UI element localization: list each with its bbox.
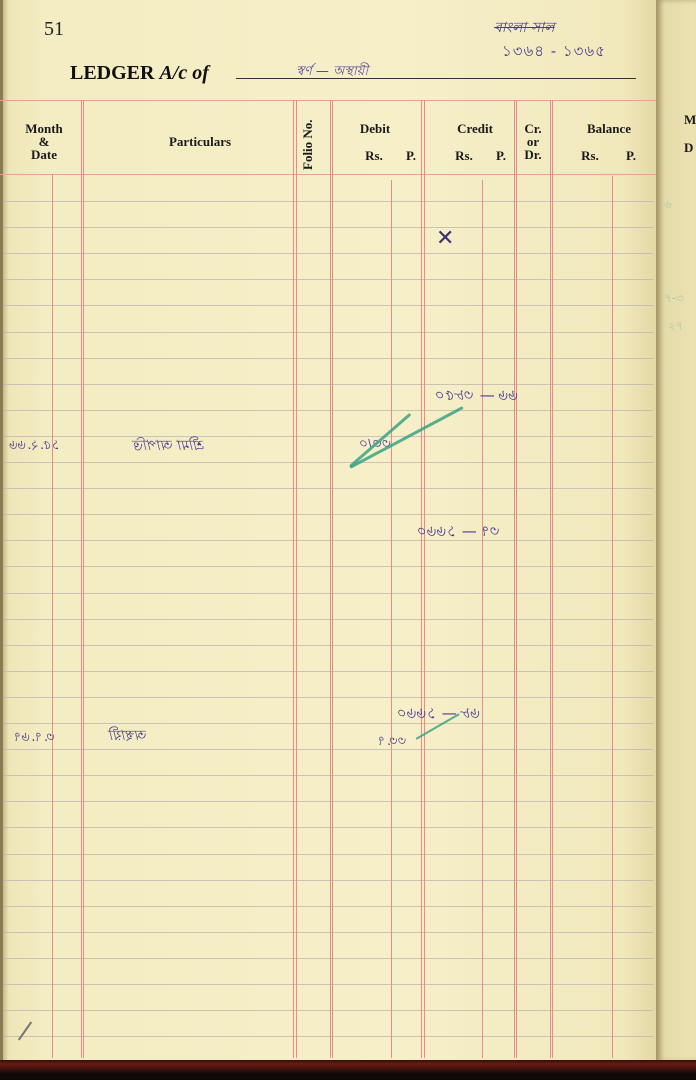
header-cr-or-dr: Cr. or Dr. — [516, 122, 550, 161]
cross-mark: ✕ — [436, 226, 454, 251]
column-rule — [424, 100, 425, 1058]
ruled-line — [3, 593, 653, 594]
header-balance: Balance — [566, 122, 652, 135]
header-particulars: Particulars — [100, 135, 300, 148]
bleed-through-ink: ৬ — [664, 196, 672, 216]
column-rule — [612, 176, 613, 1058]
ruled-line — [3, 253, 653, 254]
header-bottom-rule — [0, 174, 656, 175]
header-balance-rs: Rs. — [578, 149, 602, 162]
ruled-line — [3, 566, 653, 567]
ruled-line — [3, 488, 653, 489]
ruled-line — [3, 958, 653, 959]
ruled-line — [3, 279, 653, 280]
ruled-line — [3, 775, 653, 776]
column-rule — [52, 174, 53, 1058]
column-rule — [514, 100, 515, 1058]
ruled-line — [3, 514, 653, 515]
ruled-line — [3, 462, 653, 463]
header-credit: Credit — [430, 122, 520, 135]
column-rule — [293, 100, 294, 1058]
ruled-line — [3, 358, 653, 359]
ruled-line — [3, 201, 653, 202]
ruled-line — [3, 723, 653, 724]
ruled-line — [3, 827, 653, 828]
column-rule — [391, 180, 392, 1058]
book-cover-edge — [0, 1060, 696, 1080]
ruled-line — [3, 619, 653, 620]
ruled-line — [3, 645, 653, 646]
entry-1-date: ১৫.২.৬৬ — [10, 436, 61, 457]
header-debit: Debit — [330, 122, 420, 135]
header-credit-rs: Rs. — [452, 149, 476, 162]
entry-3-debit: ৩৩.৭ — [378, 732, 408, 753]
column-rule — [330, 100, 331, 1058]
header-dr: Dr. — [516, 148, 550, 161]
ruled-line — [3, 332, 653, 333]
header-balance-p: P. — [624, 149, 638, 162]
ruled-line — [3, 906, 653, 907]
ruled-line — [3, 854, 653, 855]
header-debit-p: P. — [404, 149, 418, 162]
column-rule — [332, 100, 333, 1058]
ledger-title: LEDGER A/c of — [70, 62, 209, 85]
ruled-line — [3, 749, 653, 750]
column-rule — [482, 180, 483, 1058]
ledger-page — [0, 0, 656, 1060]
column-rule — [83, 100, 84, 1058]
ruled-line — [3, 984, 653, 985]
ruled-line — [3, 801, 653, 802]
ruled-line — [3, 384, 653, 385]
column-rule — [421, 100, 422, 1058]
entry-1-credit-note: ৬৬ — ৩৮৫০ — [436, 384, 519, 409]
next-page-edge — [656, 0, 696, 1062]
account-name: স্বর্ণ — অস্থায়ী — [296, 62, 368, 83]
entry-3-date: ৩.৭.৬৭ — [14, 728, 56, 749]
ledger-title-italic: A/c of — [159, 62, 208, 84]
header-credit-p: P. — [494, 149, 508, 162]
ruled-line — [3, 671, 653, 672]
header-top-rule — [0, 100, 656, 101]
bleed-through-ink: ২৭ — [668, 318, 684, 338]
header-folio: Folio No. — [300, 119, 316, 170]
entry-3-particulars: অস্থায়ী — [110, 724, 148, 748]
ruled-line — [3, 1010, 653, 1011]
column-rule — [550, 100, 551, 1058]
ruled-line — [3, 880, 653, 881]
year-label: বাংলা সাল — [494, 16, 555, 40]
entry-1-particulars: শ্রীমা আপত্তি — [134, 434, 205, 458]
header-date: Date — [14, 148, 74, 161]
ruled-line — [3, 932, 653, 933]
page-number: 51 — [44, 18, 64, 41]
ruled-line — [3, 305, 653, 306]
bleed-through-ink: ৭-৩ — [664, 290, 684, 310]
header-month-date: Month & Date — [14, 122, 74, 161]
header-debit-rs: Rs. — [362, 149, 386, 162]
year-range: ১৩৬৪ - ১৩৬৫ — [502, 40, 606, 65]
next-page-header-m: M — [684, 112, 696, 128]
ruled-line — [3, 436, 653, 437]
column-rule — [552, 100, 553, 1058]
column-rule — [516, 100, 517, 1058]
ruled-line — [3, 410, 653, 411]
ruled-line — [3, 697, 653, 698]
next-page-header-d: D — [684, 140, 693, 156]
ruled-line — [3, 1036, 653, 1037]
ruled-line — [3, 540, 653, 541]
ruled-line — [3, 227, 653, 228]
column-rule — [296, 100, 297, 1058]
column-rule — [81, 100, 82, 1058]
ledger-title-bold: LEDGER — [70, 62, 159, 84]
entry-2-credit-note: ৩৭ — ১৬৬০ — [418, 520, 501, 545]
